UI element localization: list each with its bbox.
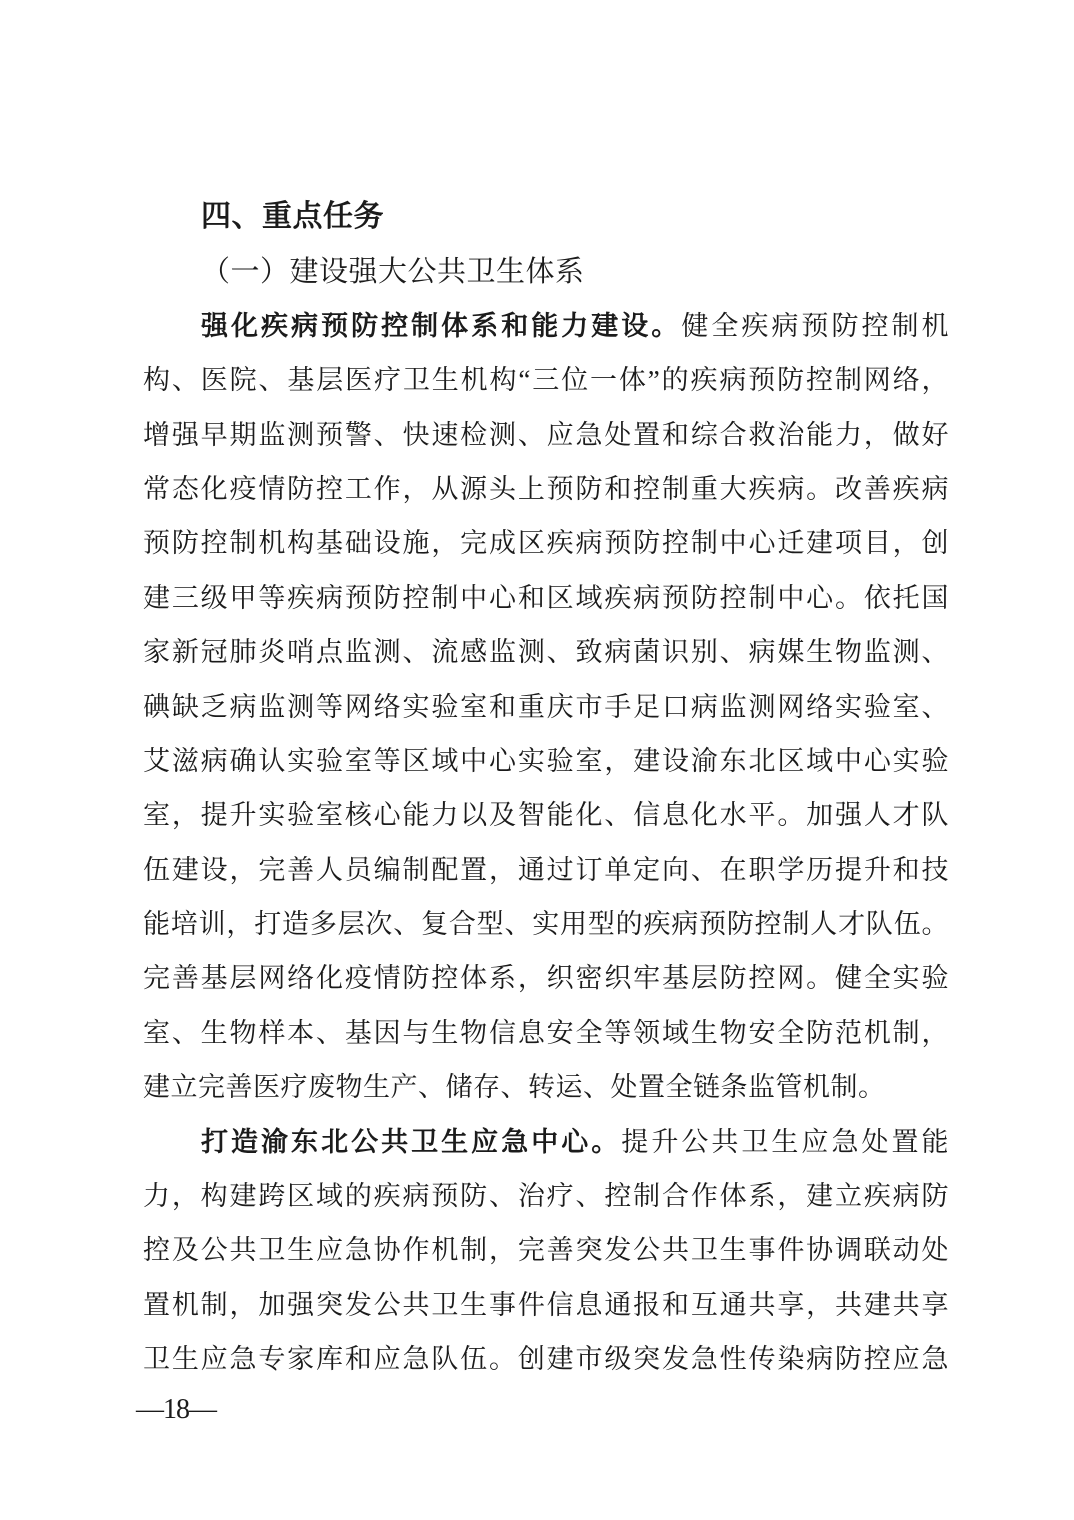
- paragraph-line: 完善基层网络化疫情防控体系，织密织牢基层防控网。健全实验: [143, 951, 949, 1005]
- body-text: 艾滋病确认实验室等区域中心实验室，建设渝东北区域中心实验: [143, 746, 949, 776]
- paragraph-line: 室，提升实验室核心能力以及智能化、信息化水平。加强人才队: [143, 788, 949, 842]
- document-page: 四、重点任务（一）建设强大公共卫生体系强化疾病预防控制体系和能力建设。健全疾病预…: [0, 0, 1074, 1520]
- body-text: 建三级甲等疾病预防控制中心和区域疾病预防控制中心。依托国: [143, 583, 949, 613]
- body-text: 碘缺乏病监测等网络实验室和重庆市手足口病监测网络实验室、: [143, 692, 949, 722]
- body-text: 健全疾病预防控制机: [681, 311, 949, 341]
- paragraph-line: 室、生物样本、基因与生物信息安全等领域生物安全防范机制，: [143, 1006, 949, 1060]
- bold-lead-text: 打造渝东北公共卫生应急中心。: [201, 1127, 621, 1157]
- paragraph-line: 伍建设，完善人员编制配置，通过订单定向、在职学历提升和技: [143, 843, 949, 897]
- paragraph-line: 艾滋病确认实验室等区域中心实验室，建设渝东北区域中心实验: [143, 734, 949, 788]
- paragraph-line: 建三级甲等疾病预防控制中心和区域疾病预防控制中心。依托国: [143, 571, 949, 625]
- paragraph-first-line: 打造渝东北公共卫生应急中心。提升公共卫生应急处置能: [143, 1115, 949, 1169]
- body-text: 控及公共卫生应急协作机制，完善突发公共卫生事件协调联动处: [143, 1235, 949, 1265]
- bold-lead-text: 四、重点任务: [201, 200, 384, 233]
- body-text: 能培训，打造多层次、复合型、实用型的疾病预防控制人才队伍。: [143, 909, 949, 939]
- bold-lead-text: 强化疾病预防控制体系和能力建设。: [201, 311, 681, 341]
- body-text: 伍建设，完善人员编制配置，通过订单定向、在职学历提升和技: [143, 855, 949, 885]
- paragraph-line: 家新冠肺炎哨点监测、流感监测、致病菌识别、病媒生物监测、: [143, 625, 949, 679]
- paragraph-first-line: 强化疾病预防控制体系和能力建设。健全疾病预防控制机: [143, 299, 949, 353]
- paragraph-line: 卫生应急专家库和应急队伍。创建市级突发急性传染病防控应急: [143, 1332, 949, 1386]
- body-text: 构、医院、基层医疗卫生机构“三位一体”的疾病预防控制网络，: [143, 365, 949, 395]
- body-text: 室，提升实验室核心能力以及智能化、信息化水平。加强人才队: [143, 800, 949, 830]
- body-text: 提升公共卫生应急处置能: [621, 1127, 949, 1157]
- body-text: 卫生应急专家库和应急队伍。创建市级突发急性传染病防控应急: [143, 1344, 949, 1374]
- paragraph-last-line: 建立完善医疗废物生产、储存、转运、处置全链条监管机制。: [143, 1060, 949, 1114]
- paragraph-line: 碘缺乏病监测等网络实验室和重庆市手足口病监测网络实验室、: [143, 680, 949, 734]
- body-text: 建立完善医疗废物生产、储存、转运、处置全链条监管机制。: [143, 1072, 886, 1102]
- document-body: 四、重点任务（一）建设强大公共卫生体系强化疾病预防控制体系和能力建设。健全疾病预…: [143, 190, 949, 1387]
- document-viewport: { "colors": { "ink": "#1b1b1b", "paper":…: [0, 0, 1074, 1520]
- body-text: 完善基层网络化疫情防控体系，织密织牢基层防控网。健全实验: [143, 963, 949, 993]
- body-text: 家新冠肺炎哨点监测、流感监测、致病菌识别、病媒生物监测、: [143, 637, 949, 667]
- subsection-heading: （一）建设强大公共卫生体系: [143, 244, 949, 298]
- body-text: 力，构建跨区域的疾病预防、治疗、控制合作体系，建立疾病防: [143, 1181, 949, 1211]
- paragraph-line: 力，构建跨区域的疾病预防、治疗、控制合作体系，建立疾病防: [143, 1169, 949, 1223]
- paragraph-line: 能培训，打造多层次、复合型、实用型的疾病预防控制人才队伍。: [143, 897, 949, 951]
- paragraph-line: 构、医院、基层医疗卫生机构“三位一体”的疾病预防控制网络，: [143, 353, 949, 407]
- body-text: 置机制，加强突发公共卫生事件信息通报和互通共享，共建共享: [143, 1290, 949, 1320]
- paragraph-line: 预防控制机构基础设施，完成区疾病预防控制中心迁建项目，创: [143, 516, 949, 570]
- body-text: 预防控制机构基础设施，完成区疾病预防控制中心迁建项目，创: [143, 528, 949, 558]
- section-heading: 四、重点任务: [143, 190, 949, 244]
- paragraph-line: 控及公共卫生应急协作机制，完善突发公共卫生事件协调联动处: [143, 1223, 949, 1277]
- paragraph-line: 常态化疫情防控工作，从源头上预防和控制重大疾病。改善疾病: [143, 462, 949, 516]
- paragraph-line: 置机制，加强突发公共卫生事件信息通报和互通共享，共建共享: [143, 1278, 949, 1332]
- body-text: （一）建设强大公共卫生体系: [201, 254, 585, 288]
- body-text: 常态化疫情防控工作，从源头上预防和控制重大疾病。改善疾病: [143, 474, 949, 504]
- page-number: —18—: [136, 1394, 216, 1426]
- body-text: 增强早期监测预警、快速检测、应急处置和综合救治能力，做好: [143, 420, 949, 450]
- body-text: 室、生物样本、基因与生物信息安全等领域生物安全防范机制，: [143, 1018, 949, 1048]
- paragraph-line: 增强早期监测预警、快速检测、应急处置和综合救治能力，做好: [143, 408, 949, 462]
